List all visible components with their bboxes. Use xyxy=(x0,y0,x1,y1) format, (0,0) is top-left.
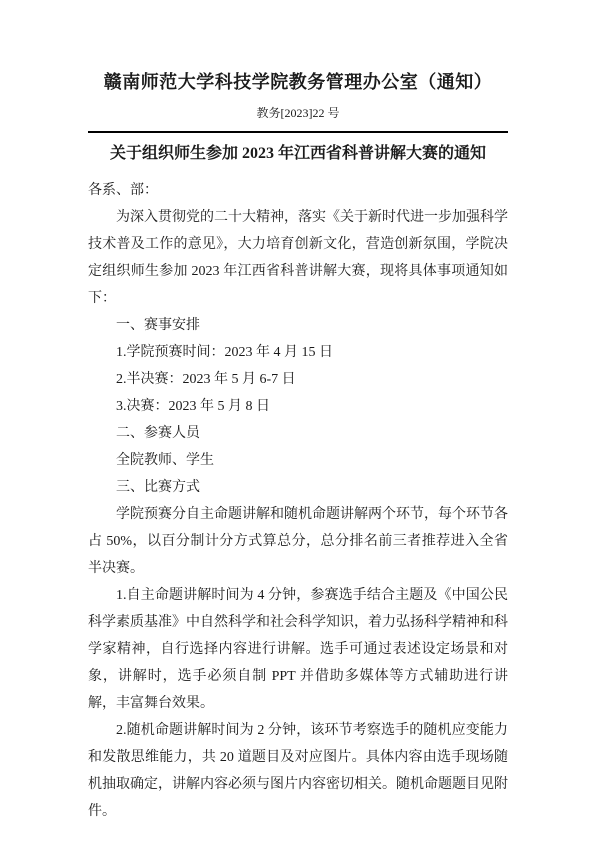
schedule-item-final: 3.决赛：2023 年 5 月 8 日 xyxy=(88,393,508,420)
schedule-item-preliminary: 1.学院预赛时间：2023 年 4 月 15 日 xyxy=(88,339,508,366)
notice-document-page: 赣南师范大学科技学院教务管理办公室（通知） 教务[2023]22 号 关于组织师… xyxy=(0,0,595,841)
schedule-item-semifinal: 2.半决赛：2023 年 5 月 6-7 日 xyxy=(88,366,508,393)
section-1-heading: 一、赛事安排 xyxy=(88,312,508,339)
section-3-heading: 三、比赛方式 xyxy=(88,474,508,501)
intro-paragraph: 为深入贯彻党的二十大精神，落实《关于新时代进一步加强科学技术普及工作的意见》，大… xyxy=(88,204,508,312)
document-content: 赣南师范大学科技学院教务管理办公室（通知） 教务[2023]22 号 关于组织师… xyxy=(88,0,508,825)
random-topic-paragraph: 2.随机命题讲解时间为 2 分钟，该环节考察选手的随机应变能力和发散思维能力，共… xyxy=(88,717,508,825)
notice-subject-title: 关于组织师生参加 2023 年江西省科普讲解大赛的通知 xyxy=(88,141,508,166)
self-topic-paragraph: 1.自主命题讲解时间为 4 分钟，参赛选手结合主题及《中国公民科学素质基准》中自… xyxy=(88,582,508,717)
organization-title: 赣南师范大学科技学院教务管理办公室（通知） xyxy=(88,0,508,96)
salutation: 各系、部： xyxy=(88,177,508,204)
format-overview-paragraph: 学院预赛分自主命题讲解和随机命题讲解两个环节，每个环节各占 50%，以百分制计分… xyxy=(88,501,508,582)
notice-body: 各系、部： 为深入贯彻党的二十大精神，落实《关于新时代进一步加强科学技术普及工作… xyxy=(88,177,508,825)
section-2-heading: 二、参赛人员 xyxy=(88,420,508,447)
participants-text: 全院教师、学生 xyxy=(88,447,508,474)
header-divider-line xyxy=(88,131,508,133)
document-number: 教务[2023]22 号 xyxy=(88,105,508,121)
